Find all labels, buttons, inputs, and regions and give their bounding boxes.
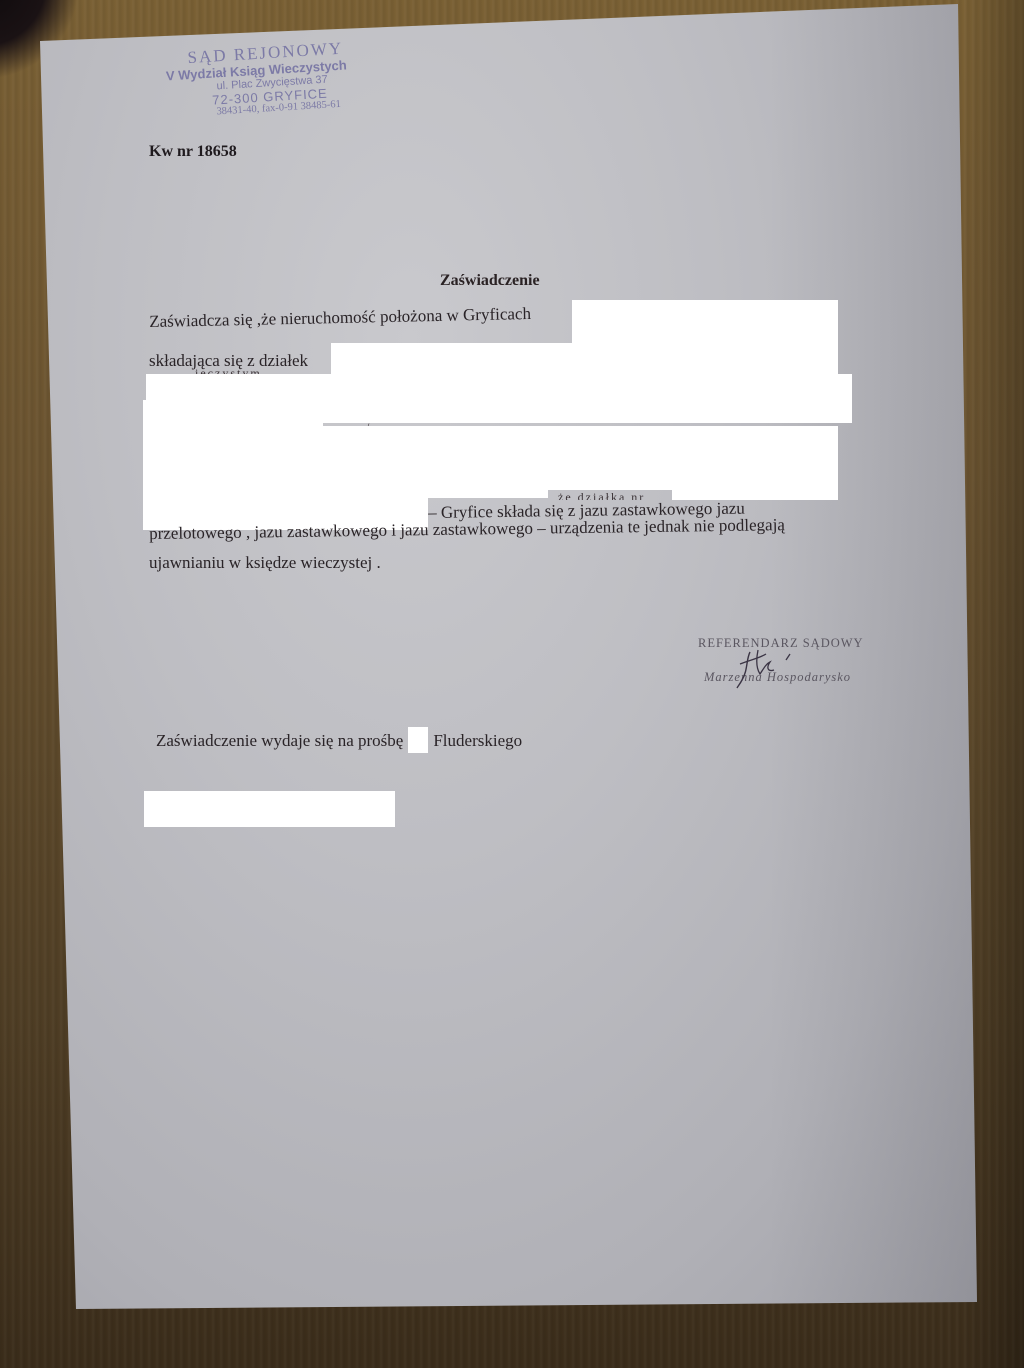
request-statement: Zaświadczenie wydaje się na prośbęFluder… [156,729,522,755]
handwritten-signature-icon [736,646,796,690]
court-stamp: SĄD REJONOWY V Wydział Ksiąg Wieczystych… [140,38,374,122]
redaction-block [331,343,838,375]
request-surname: Fluderskiego [433,731,522,750]
paragraph-line-1: Zaświadcza się ,że nieruchomość położona… [149,304,531,332]
redaction-block [144,791,395,827]
request-prefix: Zaświadczenie wydaje się na prośbę [156,731,403,750]
redacted-text-residue: , że działka nr [548,490,672,500]
redaction-block [548,426,838,490]
redaction-block [318,426,548,498]
signature-stamp: REFERENDARZ SĄDOWY Marzenna Hospodarysko [698,636,864,685]
document-content: SĄD REJONOWY V Wydział Ksiąg Wieczystych… [0,0,1024,1368]
paragraph-line-5: ujawnianiu w księdze wieczystej . [149,553,381,573]
redaction-block [143,400,323,500]
redaction-block [572,300,838,346]
redaction-block [672,488,838,500]
redaction-block [408,727,428,753]
document-title: Zaświadczenie [440,272,540,290]
land-register-number: Kw nr 18658 [149,143,237,161]
